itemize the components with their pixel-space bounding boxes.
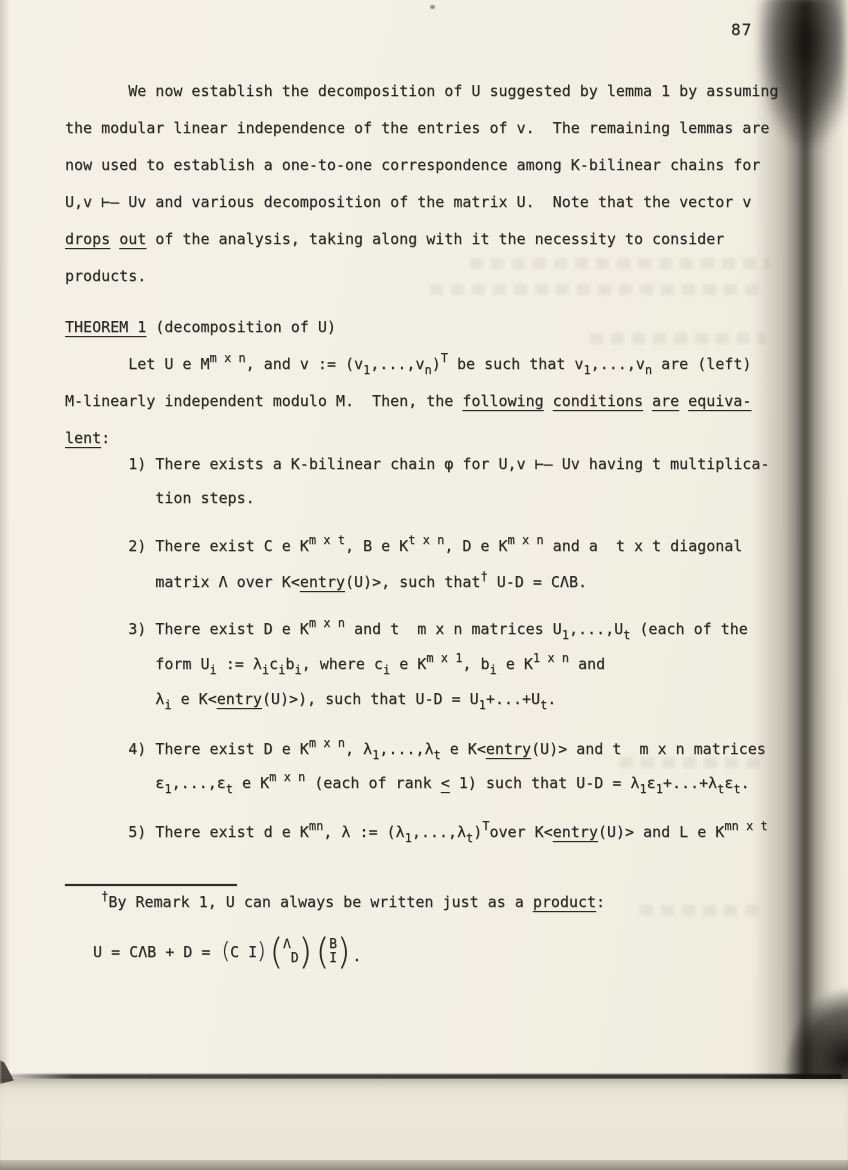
footnote-separator: [65, 884, 237, 886]
text-line: M-linearly independent modulo M. Then, t…: [65, 392, 751, 429]
text-line: Let U e Mm x n, and v := (v1,...,vn)T be…: [65, 355, 751, 392]
condition-3: 3) There exist D e Km x n and t m x n ma…: [65, 620, 748, 725]
footnote-text: †By Remark 1, U can always be written ju…: [65, 893, 605, 930]
text-line: tion steps.: [65, 489, 769, 523]
condition-2: 2) There exist C e Km x t, B e Kt x n, D…: [65, 537, 742, 609]
text-line: 2) There exist C e Km x t, B e Kt x n, D…: [65, 537, 742, 573]
bleedthrough-mark: [470, 258, 770, 269]
text-line: 1) There exists a K-bilinear chain φ for…: [65, 455, 769, 489]
text-line: U,v ⊢— Uv and various decomposition of t…: [65, 193, 778, 230]
left-edge-shading: [0, 0, 10, 1170]
diagonal-block-matrix: (Λ D): [270, 935, 312, 969]
text-line: matrix Λ over K<entry(U)>, such that† U-…: [65, 573, 742, 609]
condition-1: 1) There exists a K-bilinear chain φ for…: [65, 455, 769, 523]
scanned-page: 87 We now establish the decomposition of…: [0, 0, 848, 1170]
text-line: We now establish the decomposition of U …: [65, 82, 778, 119]
row-vector-matrix: (C I): [221, 941, 265, 963]
footnote-formula: U = CΛB + D = (C I) (Λ D) (BI) .: [93, 932, 361, 972]
next-page-strip: [0, 1079, 848, 1170]
bleedthrough-mark: [430, 284, 760, 295]
text-line: ε1,...,εt e Km x n (each of rank < 1) su…: [65, 774, 766, 808]
text-line: λi e K<entry(U)>), such that U-D = U1+..…: [65, 690, 748, 725]
bleedthrough-mark: [620, 757, 760, 768]
text-line: the modular linear independence of the e…: [65, 119, 778, 156]
scan-bottom-band: [0, 1160, 848, 1170]
intro-paragraph: We now establish the decomposition of U …: [65, 82, 778, 304]
binding-shadow-top: [758, 0, 846, 146]
text-line: 3) There exist D e Km x n and t m x n ma…: [65, 620, 748, 655]
text-line: now used to establish a one-to-one corre…: [65, 156, 778, 193]
text-line: 5) There exist d e Kmn, λ := (λ1,...,λt)…: [65, 823, 768, 857]
text-line: form Ui := λicibi, where ci e Km x 1, bi…: [65, 655, 748, 690]
condition-4: 4) There exist D e Km x n, λ1,...,λt e K…: [65, 740, 766, 808]
bleedthrough-mark: [640, 905, 760, 916]
formula-lhs: U = CΛB + D =: [93, 943, 219, 961]
page-number: 87: [731, 20, 752, 39]
ink-speck: [430, 5, 435, 9]
condition-5: 5) There exist d e Kmn, λ := (λ1,...,λt)…: [65, 823, 768, 857]
column-block-matrix: (BI): [316, 935, 350, 969]
formula-period: .: [352, 947, 361, 965]
bleedthrough-mark: [590, 333, 765, 344]
text-line: †By Remark 1, U can always be written ju…: [65, 893, 605, 930]
